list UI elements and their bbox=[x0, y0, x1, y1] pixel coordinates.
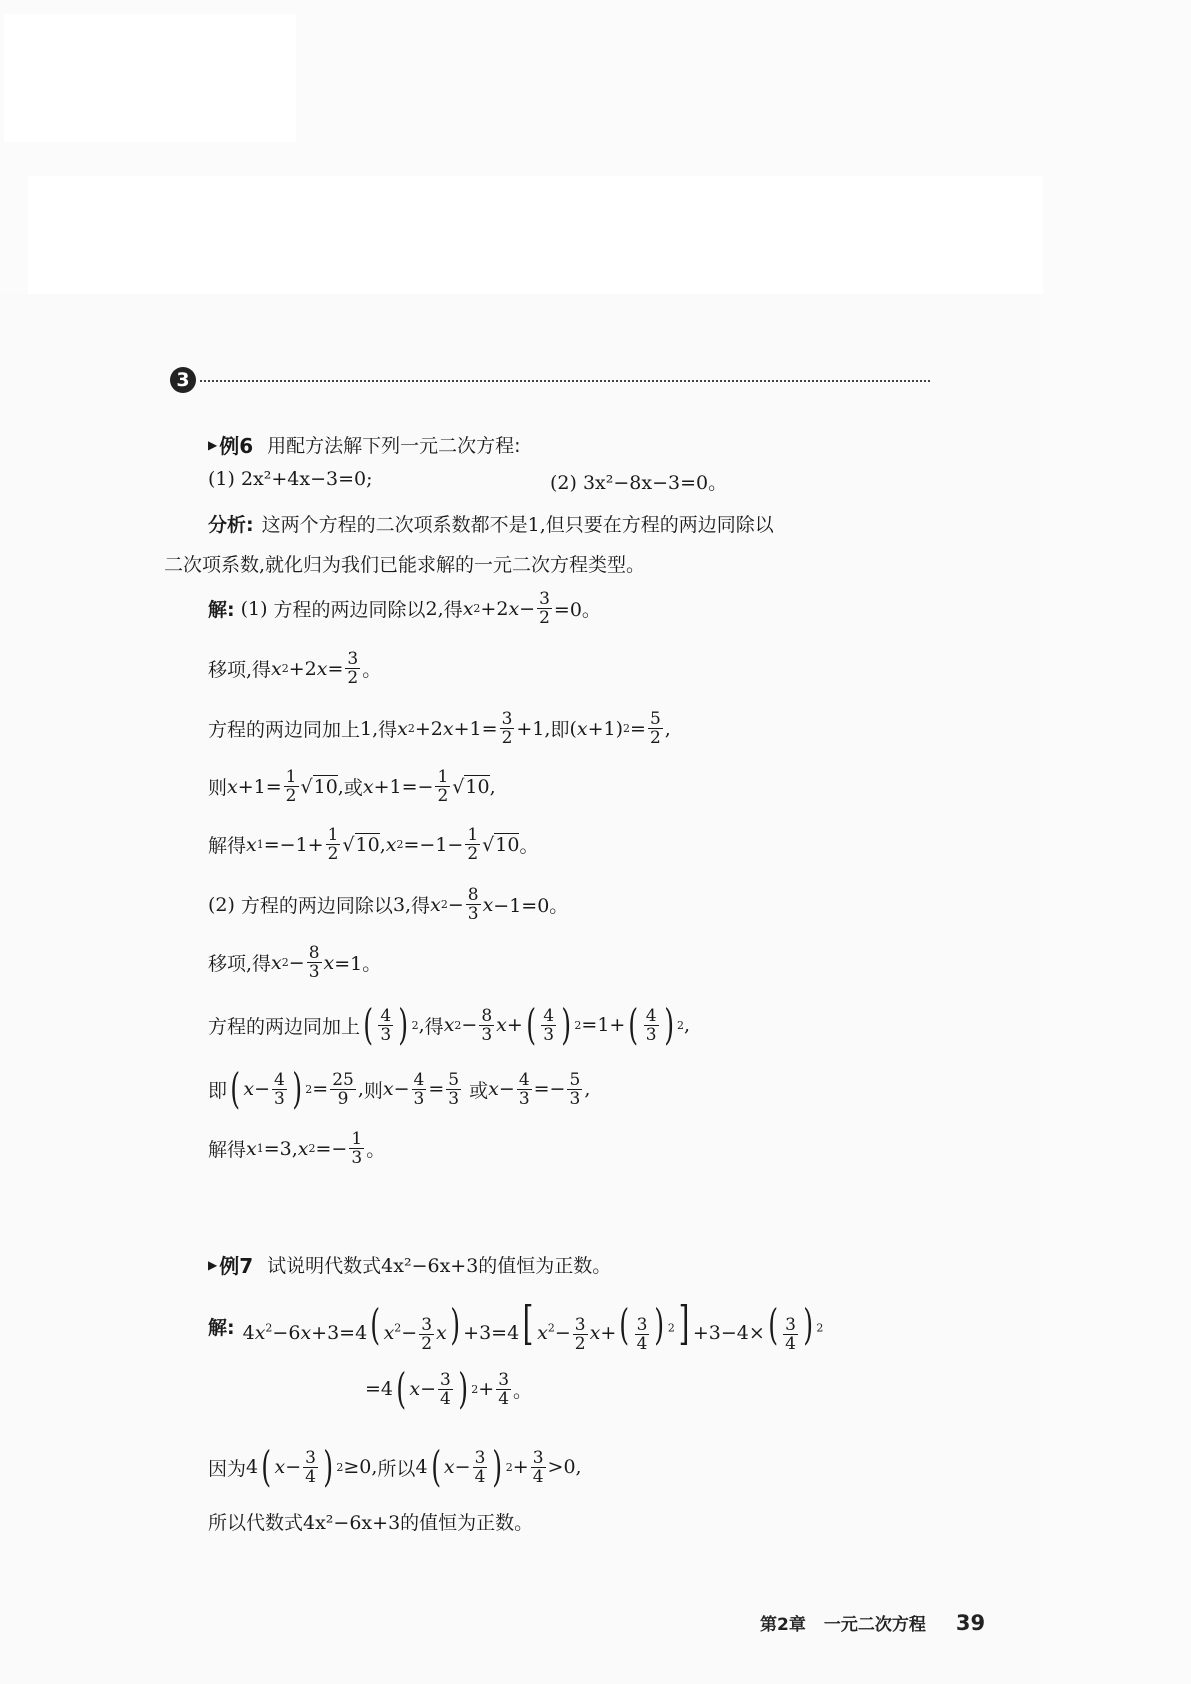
solution-step: 则x+1=12√10,或x+1=−12√10, bbox=[208, 768, 496, 805]
chapter-title: 一元二次方程 bbox=[824, 1610, 926, 1635]
solution-step: 即(x−43)2=259,则x−43=53 或x−43=−53, bbox=[208, 1068, 590, 1110]
solution-step: (2) 方程的两边同除以3,得 x2−83x−1=0。 bbox=[208, 886, 568, 923]
solution-step: 解: (1) 方程的两边同除以2,得 x2+2x−32=0。 bbox=[208, 590, 601, 627]
example-title: 试说明代数式4x²−6x+3的值恒为正数。 bbox=[267, 1251, 611, 1278]
example6-heading: ▶ 例6 用配方法解下列一元二次方程: bbox=[208, 430, 521, 459]
solution-label: 解: bbox=[208, 1313, 235, 1340]
problem-1: (1) 2x²+4x−3=0; bbox=[208, 468, 373, 490]
example-label: 例6 bbox=[219, 430, 253, 459]
solution-step: 移项,得 x2−83x=1。 bbox=[208, 944, 381, 981]
triangle-marker-icon: ▶ bbox=[208, 438, 217, 452]
solution-label: 解: bbox=[208, 595, 235, 622]
solution-step: 方程的两边同加上(43)2,得 x2−83x+(43)2=1+(43)2, bbox=[208, 1004, 690, 1046]
section-number-badge: 3 bbox=[170, 367, 196, 393]
analysis-line-1: 分析: 这两个方程的二次项系数都不是1,但只要在方程的两边同除以 bbox=[208, 510, 774, 537]
blank-region bbox=[4, 14, 296, 142]
analysis-text: 这两个方程的二次项系数都不是1,但只要在方程的两边同除以 bbox=[262, 510, 774, 537]
solution-step: =4(x−34)2+34。 bbox=[365, 1368, 532, 1410]
section-header: 3 bbox=[170, 367, 930, 393]
example7-heading: ▶ 例7 试说明代数式4x²−6x+3的值恒为正数。 bbox=[208, 1250, 611, 1279]
page-footer: 第2章 一元二次方程 39 bbox=[760, 1610, 985, 1635]
blank-region bbox=[28, 176, 1043, 294]
solution-step: 解得x1=3,x2=−13。 bbox=[208, 1130, 385, 1167]
page-number: 39 bbox=[956, 1611, 985, 1635]
conclusion: 所以代数式4x²−6x+3的值恒为正数。 bbox=[208, 1508, 533, 1535]
chapter-label: 第2章 bbox=[760, 1610, 806, 1635]
analysis-label: 分析: bbox=[208, 510, 254, 537]
problem-2: (2) 3x²−8x−3=0。 bbox=[550, 468, 727, 495]
solution-step: 解: 4x2−6x+3=4(x2−32x)+3=4[x2−32x+(34)2]+… bbox=[208, 1300, 823, 1353]
dotted-divider bbox=[200, 380, 930, 382]
solution-step: 移项,得 x2+2x=32。 bbox=[208, 650, 381, 687]
analysis-line-2: 二次项系数,就化归为我们已能求解的一元二次方程类型。 bbox=[164, 550, 645, 577]
solution-step: 因为4(x−34)2≥0,所以4(x−34)2+34>0, bbox=[208, 1446, 582, 1488]
solution-step: 方程的两边同加上1,得 x2+2x+1=32+1,即(x+1)2=52, bbox=[208, 710, 671, 747]
solution-step: 解得x1=−1+12√10,x2=−1−12√10。 bbox=[208, 826, 538, 863]
example-title: 用配方法解下列一元二次方程: bbox=[267, 431, 520, 458]
example-label: 例7 bbox=[219, 1250, 253, 1279]
triangle-marker-icon: ▶ bbox=[208, 1258, 217, 1272]
